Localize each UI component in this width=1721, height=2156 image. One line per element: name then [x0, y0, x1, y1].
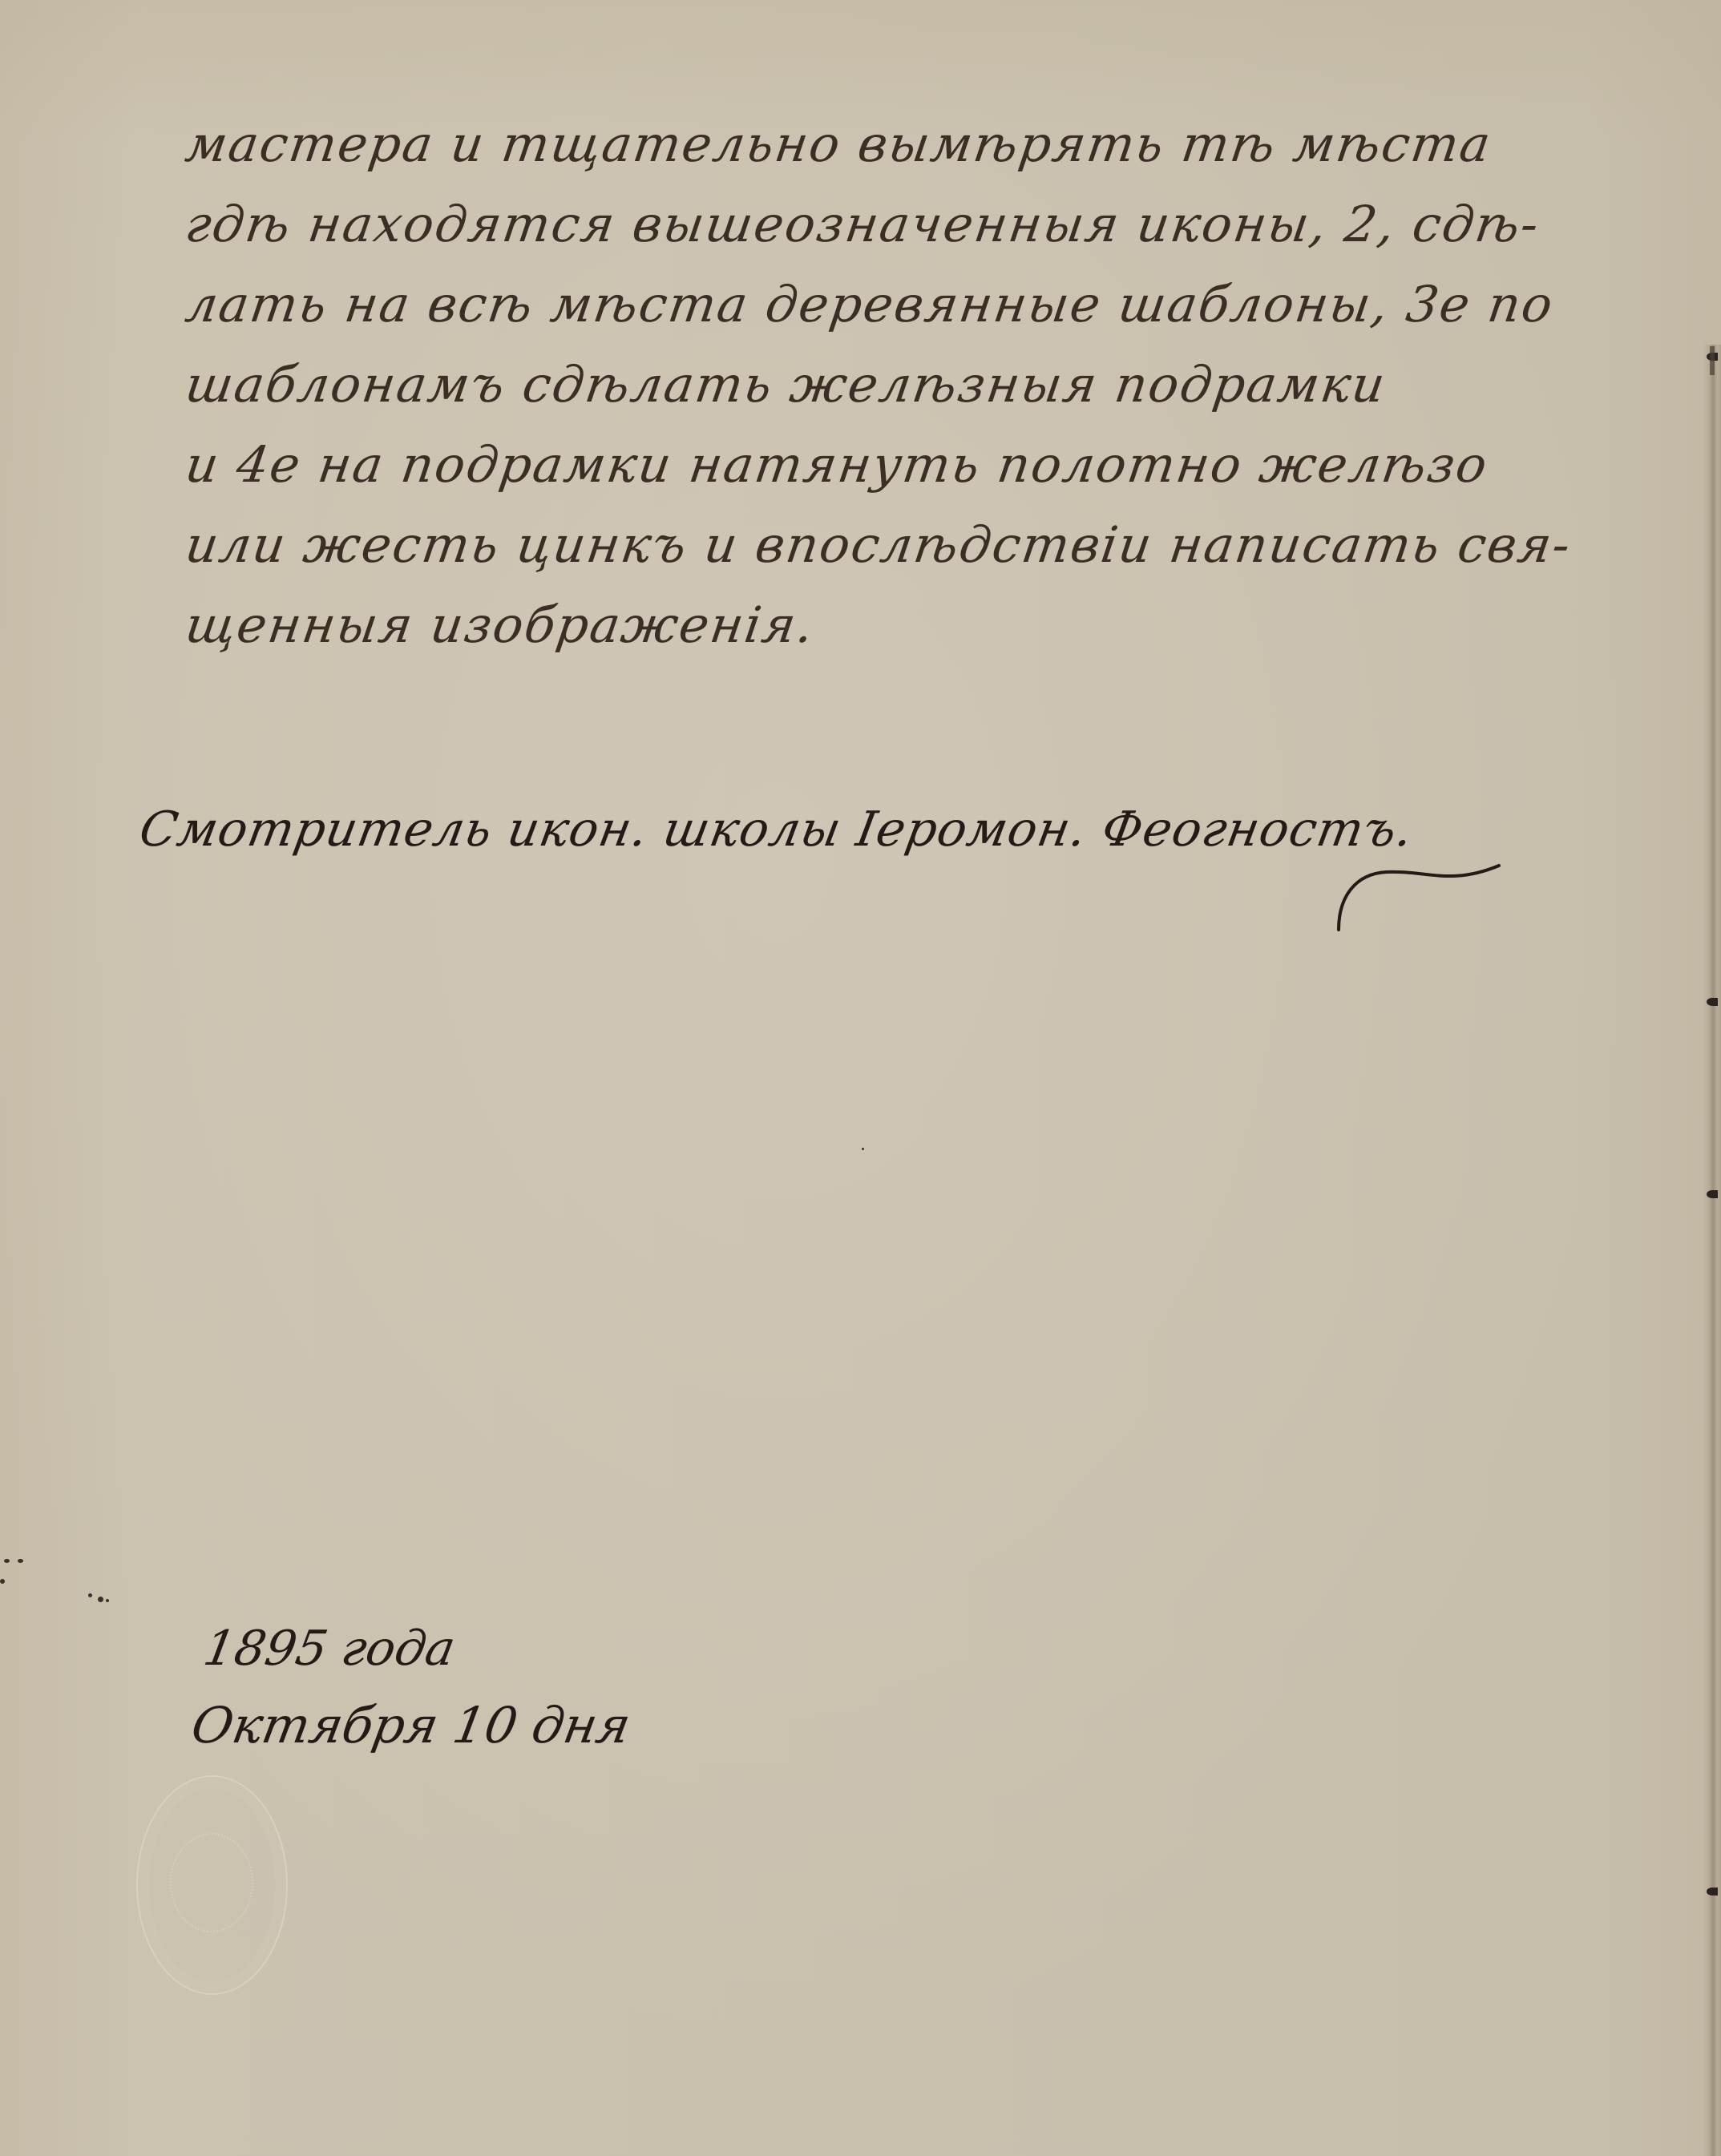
date-block: 1895 года Октября 10 дня	[192, 1611, 630, 1763]
ink-speck	[106, 1599, 109, 1602]
body-line-2: гдѣ находятся вышеозначенныя иконы, 2, с…	[180, 184, 1683, 264]
tear-mark-icon	[1707, 1190, 1718, 1198]
embossed-seal	[136, 1775, 288, 1995]
edge-mark	[1710, 346, 1715, 375]
signature-line: Смотритель икон. школы Іеромон. Феогност…	[132, 785, 1420, 874]
body-line-3: лать на всѣ мѣста деревянные шаблоны, 3е…	[180, 264, 1683, 345]
seal-emblem-icon	[170, 1833, 253, 1932]
tear-mark-icon	[1707, 998, 1718, 1006]
ink-speck	[862, 1148, 864, 1150]
body-line-7: щенныя изображенія.	[180, 585, 1683, 665]
ink-speck	[98, 1597, 103, 1602]
body-line-6: или жесть цинкъ и впослѣдствіи написать …	[180, 505, 1683, 585]
binding-edge	[1703, 345, 1721, 2156]
document-body: мастера и тщательно вымѣрять тѣ мѣста гд…	[180, 104, 1671, 665]
ink-speck	[4, 1559, 10, 1563]
date-year: 1895 года	[186, 1611, 637, 1687]
date-day: Октября 10 дня	[186, 1687, 637, 1763]
body-line-5: и 4е на подрамки натянуть полотно желѣзо	[180, 425, 1683, 505]
tear-mark-icon	[1707, 1888, 1718, 1896]
ink-speck	[0, 1579, 5, 1584]
ink-speck	[88, 1593, 92, 1597]
ink-speck	[18, 1559, 23, 1563]
document-page: мастера и тщательно вымѣрять тѣ мѣста гд…	[0, 0, 1721, 2156]
body-line-1: мастера и тщательно вымѣрять тѣ мѣста	[180, 104, 1683, 184]
body-line-4: шаблонамъ сдѣлать желѣзныя подрамки	[180, 345, 1683, 425]
